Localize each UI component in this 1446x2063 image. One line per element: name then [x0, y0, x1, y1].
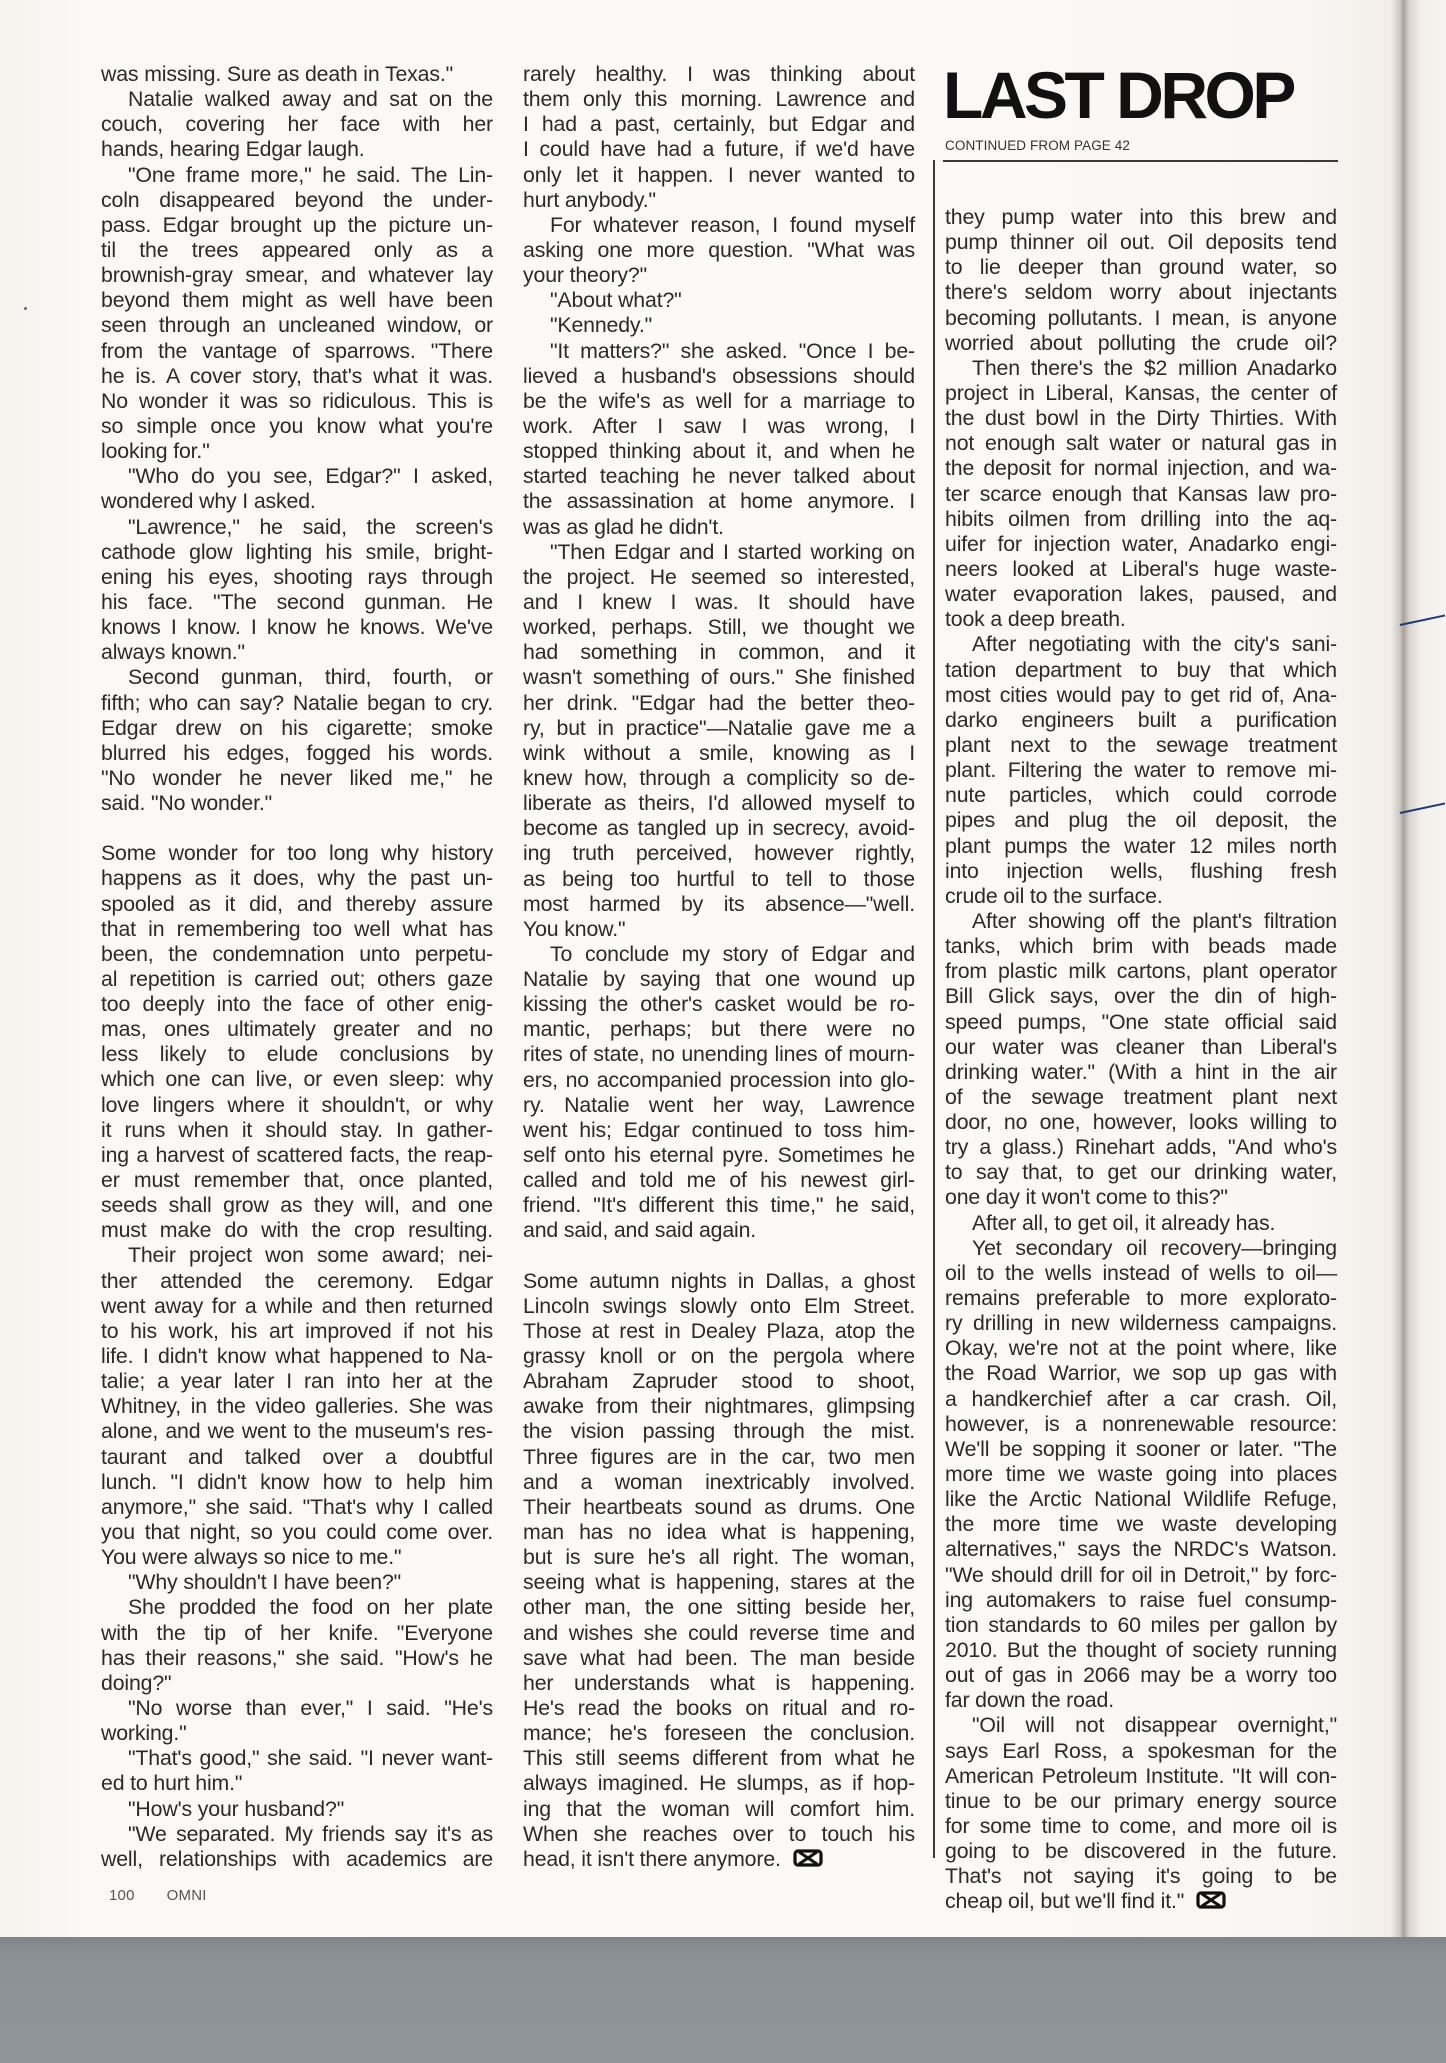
text-line: You know.": [523, 917, 915, 942]
text-line: American Petroleum Institute. "It will c…: [945, 1764, 1337, 1789]
text-line: less likely to elude conclusions by: [101, 1042, 493, 1067]
text-line: Then there's the $2 million Anadarko: [945, 356, 1337, 381]
text-line: called and told me of his newest girl-: [523, 1168, 915, 1193]
text-line: from plastic milk cartons, plant operato…: [945, 959, 1337, 984]
text-line: er must remember that, once planted,: [101, 1168, 493, 1193]
text-line: hibits oilmen from drilling into the aq-: [945, 507, 1337, 532]
text-line: She prodded the food on her plate: [101, 1595, 493, 1620]
text-line: I could have had a future, if we'd have: [523, 137, 915, 162]
text-line: He's read the books on ritual and ro-: [523, 1696, 915, 1721]
text-line: more time we waste going into places: [945, 1462, 1337, 1487]
text-line: til the trees appeared only as a: [101, 238, 493, 263]
text-line: ing automakers to raise fuel consump-: [945, 1588, 1337, 1613]
page-number: 100: [109, 1887, 135, 1904]
text-line: seen through an uncleaned window, or: [101, 313, 493, 338]
text-line: You were always so nice to me.": [101, 1545, 493, 1570]
page-folio: 100OMNI: [109, 1887, 239, 1904]
text-line: "It matters?" she asked. "Once I be-: [523, 339, 915, 364]
text-line: to say that, to get our drinking water,: [945, 1160, 1337, 1185]
text-line: Their heartbeats sound as drums. One: [523, 1495, 915, 1520]
text-line: too deeply into the face of other enig-: [101, 992, 493, 1017]
text-line: pass. Edgar brought up the picture un-: [101, 213, 493, 238]
text-line: wondered why I asked.: [101, 489, 493, 514]
text-line: alternatives," says the NRDC's Watson.: [945, 1537, 1337, 1562]
text-line: cathode glow lighting his smile, bright-: [101, 540, 493, 565]
text-line: started teaching he never talked about: [523, 464, 915, 489]
text-line: and I knew I was. It should have: [523, 590, 915, 615]
text-line: wasn't something of ours." She finished: [523, 665, 915, 690]
text-line: says Earl Ross, a spokesman for the: [945, 1739, 1337, 1764]
text-line: brownish-gray smear, and whatever lay: [101, 263, 493, 288]
text-line: always known.": [101, 640, 493, 665]
magazine-page: was missing. Sure as death in Texas."Nat…: [0, 0, 1446, 1937]
text-line: the deposit for normal injection, and wa…: [945, 456, 1337, 481]
text-line: Whitney, in the video galleries. She was: [101, 1394, 493, 1419]
text-line: Those at rest in Dealey Plaza, atop the: [523, 1319, 915, 1344]
text-line: try a glass.) Rinehart adds, "And who's: [945, 1135, 1337, 1160]
text-line: tation department to buy that which: [945, 658, 1337, 683]
text-line: ther attended the ceremony. Edgar: [101, 1269, 493, 1294]
text-line: ter scarce enough that Kansas law pro-: [945, 482, 1337, 507]
text-line: become as tangled up in secrecy, avoid-: [523, 816, 915, 841]
text-line: tanks, which brim with beads made: [945, 934, 1337, 959]
article-column-1: was missing. Sure as death in Texas."Nat…: [101, 62, 493, 1872]
text-line: seeds shall grow as they will, and one: [101, 1193, 493, 1218]
text-line: darko engineers built a purification: [945, 708, 1337, 733]
text-line: Yet secondary oil recovery—bringing: [945, 1236, 1337, 1261]
text-line: out of gas in 2066 may be a worry too: [945, 1663, 1337, 1688]
text-line: and a woman inextricably involved.: [523, 1470, 915, 1495]
text-line: Three figures are in the car, two men: [523, 1445, 915, 1470]
continued-from-note: CONTINUED FROM PAGE 42: [945, 138, 1130, 153]
text-line: mantic, perhaps; but there were no: [523, 1017, 915, 1042]
text-line: which one can live, or even sleep: why: [101, 1067, 493, 1092]
text-line: so simple once you know what you're: [101, 414, 493, 439]
text-line: door, no one, however, looks willing to: [945, 1110, 1337, 1135]
text-line: project in Liberal, Kansas, the center o…: [945, 381, 1337, 406]
text-line: was missing. Sure as death in Texas.": [101, 62, 493, 87]
omni-end-mark-icon: [793, 1849, 823, 1867]
text-line: oil to the wells instead of wells to oil…: [945, 1261, 1337, 1286]
text-line: "One frame more," he said. The Lin-: [101, 163, 493, 188]
text-line: "We should drill for oil in Detroit," by…: [945, 1563, 1337, 1588]
text-line: had something in common, and it: [523, 640, 915, 665]
text-line: "Then Edgar and I started working on: [523, 540, 915, 565]
text-line: alone, and we went to the museum's res-: [101, 1419, 493, 1444]
text-line: the Road Warrior, we sop up gas with: [945, 1361, 1337, 1386]
text-line: mance; he's foreseen the conclusion.: [523, 1721, 915, 1746]
text-line: That's not saying it's going to be: [945, 1864, 1337, 1889]
text-line: water evaporation lakes, paused, and: [945, 582, 1337, 607]
text-line: crude oil to the surface.: [945, 884, 1337, 909]
text-line: the dust bowl in the Dirty Thirties. Wit…: [945, 406, 1337, 431]
text-line: a handkerchief after a car crash. Oil,: [945, 1387, 1337, 1412]
text-line: life. I didn't know what happened to Na-: [101, 1344, 493, 1369]
text-line: ing a harvest of scattered facts, the re…: [101, 1143, 493, 1168]
text-line: kissing the other's casket would be ro-: [523, 992, 915, 1017]
text-line: lieved a husband's obsessions should: [523, 364, 915, 389]
text-line: stopped thinking about it, and when he: [523, 439, 915, 464]
text-line: her drink. "Edgar had the better theo-: [523, 691, 915, 716]
text-line: you that night, so you could come over.: [101, 1520, 493, 1545]
text-line: looking for.": [101, 439, 493, 464]
text-line: head, it isn't there anymore.: [523, 1847, 915, 1872]
text-line: from the vantage of sparrows. "There: [101, 339, 493, 364]
scanner-background: [0, 1937, 1446, 2063]
text-line: wink without a smile, knowing as I: [523, 741, 915, 766]
text-line: has their reasons," she said. "How's he: [101, 1646, 493, 1671]
text-line: al repetition is carried out; others gaz…: [101, 967, 493, 992]
text-line: working.": [101, 1721, 493, 1746]
section-break: [101, 816, 493, 841]
scan-speck: [24, 307, 27, 310]
text-line: worried about polluting the crude oil?: [945, 331, 1337, 356]
text-line: awake from their nightmares, glimpsing: [523, 1394, 915, 1419]
text-line: doing?": [101, 1671, 493, 1696]
text-line: most cities would pay to get rid of, Ana…: [945, 683, 1337, 708]
text-line: with the tip of her knife. "Everyone: [101, 1621, 493, 1646]
text-line: well, relationships with academics are: [101, 1847, 493, 1872]
text-line: tion standards to 60 miles per gallon by: [945, 1613, 1337, 1638]
text-line: Their project won some award; nei-: [101, 1243, 493, 1268]
text-line: save what had been. The man beside: [523, 1646, 915, 1671]
text-line: pump thinner oil out. Oil deposits tend: [945, 230, 1337, 255]
text-line: not enough salt water or natural gas in: [945, 431, 1337, 456]
text-line: ry, but in practice"—Natalie gave me a: [523, 716, 915, 741]
text-line: We'll be sopping it sooner or later. "Th…: [945, 1437, 1337, 1462]
page-gutter-fold: [1390, 0, 1446, 1937]
text-line: couch, covering her face with her: [101, 112, 493, 137]
text-line: Natalie by saying that one wound up: [523, 967, 915, 992]
text-line: Natalie walked away and sat on the: [101, 87, 493, 112]
text-line: rites of state, no unending lines of mou…: [523, 1042, 915, 1067]
text-line: to his work, his art improved if not his: [101, 1319, 493, 1344]
text-line: that in remembering too well what has: [101, 917, 493, 942]
text-line: After negotiating with the city's sani-: [945, 632, 1337, 657]
text-line: Some autumn nights in Dallas, a ghost: [523, 1269, 915, 1294]
text-line: 2010. But the thought of society running: [945, 1638, 1337, 1663]
text-line: "How's your husband?": [101, 1797, 493, 1822]
text-line: nute particles, which could corrode: [945, 783, 1337, 808]
text-line: blurred his edges, fogged his words.: [101, 741, 493, 766]
text-line: to lie deeper than ground water, so: [945, 255, 1337, 280]
text-line: When she reaches over to touch his: [523, 1822, 915, 1847]
text-line: there's seldom worry about injectants: [945, 280, 1337, 305]
text-line: your theory?": [523, 263, 915, 288]
text-line: "That's good," she said. "I never want-: [101, 1746, 493, 1771]
text-line: self onto his eternal pyre. Sometimes he: [523, 1143, 915, 1168]
text-line: man has no idea what is happening,: [523, 1520, 915, 1545]
text-line: rarely healthy. I was thinking about: [523, 62, 915, 87]
text-line: fifth; who can say? Natalie began to cry…: [101, 691, 493, 716]
text-line: Abraham Zapruder stood to shoot,: [523, 1369, 915, 1394]
text-line: love lingers where it shouldn't, or why: [101, 1093, 493, 1118]
text-line: To conclude my story of Edgar and: [523, 942, 915, 967]
text-line: into injection wells, flushing fresh: [945, 859, 1337, 884]
section-headline: LAST DROP: [943, 62, 1338, 128]
text-line: was as glad he didn't.: [523, 515, 915, 540]
text-line: took a deep breath.: [945, 607, 1337, 632]
text-line: "No worse than ever," I said. "He's: [101, 1696, 493, 1721]
text-line: "Lawrence," he said, the screen's: [101, 515, 493, 540]
text-line: plant pumps the water 12 miles north: [945, 834, 1337, 859]
text-line: uifer for injection water, Anadarko engi…: [945, 532, 1337, 557]
text-line: Second gunman, third, fourth, or: [101, 665, 493, 690]
article-column-3: they pump water into this brew andpump t…: [945, 205, 1337, 1915]
text-line: and said, and said again.: [523, 1218, 915, 1243]
section-break: [523, 1244, 915, 1269]
text-line: ers, no accompanied procession into glo-: [523, 1068, 915, 1093]
text-line: only let it happen. I never wanted to: [523, 163, 915, 188]
text-line: the more time we waste developing: [945, 1512, 1337, 1537]
text-line: beyond them might as well have been: [101, 288, 493, 313]
text-line: mas, ones ultimately greater and no: [101, 1017, 493, 1042]
text-line: tinue to be our primary energy source: [945, 1789, 1337, 1814]
text-line: friend. "It's different this time," he s…: [523, 1193, 915, 1218]
omni-end-mark-icon: [1196, 1891, 1226, 1909]
text-line: "We separated. My friends say it's as: [101, 1822, 493, 1847]
text-line: Okay, we're not at the point where, like: [945, 1336, 1337, 1361]
text-line: lunch. "I didn't know how to help him: [101, 1470, 493, 1495]
text-line: went his; Edgar continued to toss him-: [523, 1118, 915, 1143]
magazine-name: OMNI: [167, 1887, 207, 1904]
text-line: talie; a year later I ran into her at th…: [101, 1369, 493, 1394]
text-line: said. "No wonder.": [101, 791, 493, 816]
text-line: coln disappeared beyond the under-: [101, 188, 493, 213]
text-line: spooled as it did, and thereby assure: [101, 892, 493, 917]
text-line: ing that the woman will comfort him.: [523, 1797, 915, 1822]
text-line: taurant and talked over a doubtful: [101, 1445, 493, 1470]
text-line: ry drilling in new wilderness campaigns.: [945, 1311, 1337, 1336]
text-line: ing truth perceived, however rightly,: [523, 841, 915, 866]
text-line: other man, the one sitting beside her,: [523, 1595, 915, 1620]
text-line: becoming pollutants. I mean, is anyone: [945, 306, 1337, 331]
text-line: must make do with the crop resulting.: [101, 1218, 493, 1243]
text-line: going to be discovered in the future.: [945, 1839, 1337, 1864]
text-line: be the wife's as well for a marriage to: [523, 389, 915, 414]
text-line: most harmed by its absence—"well.: [523, 892, 915, 917]
text-line: hands, hearing Edgar laugh.: [101, 137, 493, 162]
text-line: however, is a nonrenewable resource:: [945, 1412, 1337, 1437]
text-line: and wishes she could reverse time and: [523, 1621, 915, 1646]
text-line: After all, to get oil, it already has.: [945, 1211, 1337, 1236]
text-line: neers looked at Liberal's huge waste-: [945, 557, 1337, 582]
text-line: Bill Glick says, over the din of high-: [945, 984, 1337, 1009]
text-line: worked, perhaps. Still, we thought we: [523, 615, 915, 640]
text-line: went away for a while and then returned: [101, 1294, 493, 1319]
text-line: For whatever reason, I found myself: [523, 213, 915, 238]
text-line: them only this morning. Lawrence and: [523, 87, 915, 112]
text-line: plant next to the sewage treatment: [945, 733, 1337, 758]
text-line: far down the road.: [945, 1688, 1337, 1713]
text-line: his face. "The second gunman. He: [101, 590, 493, 615]
text-line: our water was cleaner than Liberal's: [945, 1035, 1337, 1060]
text-line: ry. Natalie went her way, Lawrence: [523, 1093, 915, 1118]
text-line: anymore," she said. "That's why I called: [101, 1495, 493, 1520]
text-line: seeing what is happening, stares at the: [523, 1570, 915, 1595]
text-line: asking one more question. "What was: [523, 238, 915, 263]
text-line: work. After I saw I was wrong, I: [523, 414, 915, 439]
text-line: "Who do you see, Edgar?" I asked,: [101, 464, 493, 489]
text-line: No wonder it was so ridiculous. This is: [101, 389, 493, 414]
text-line: I had a past, certainly, but Edgar and: [523, 112, 915, 137]
text-line: the assassination at home anymore. I: [523, 489, 915, 514]
text-line: liberate as theirs, I'd allowed myself t…: [523, 791, 915, 816]
text-line: This still seems different from what he: [523, 1746, 915, 1771]
text-line: he is. A cover story, that's what it was…: [101, 364, 493, 389]
text-line: "About what?": [523, 288, 915, 313]
text-line: After showing off the plant's filtration: [945, 909, 1337, 934]
text-line: pipes and plug the oil deposit, the: [945, 808, 1337, 833]
text-line: cheap oil, but we'll find it.": [945, 1889, 1337, 1914]
text-line: one day it won't come to this?": [945, 1185, 1337, 1210]
text-line: the vision passing through the mist.: [523, 1419, 915, 1444]
text-line: as being too hurtful to tell to those: [523, 867, 915, 892]
text-line: Lincoln swings slowly onto Elm Street.: [523, 1294, 915, 1319]
text-line: remains preferable to more explorato-: [945, 1286, 1337, 1311]
text-line: "Why shouldn't I have been?": [101, 1570, 493, 1595]
text-line: they pump water into this brew and: [945, 205, 1337, 230]
text-line: ening his eyes, shooting rays through: [101, 565, 493, 590]
text-line: like the Arctic National Wildlife Refuge…: [945, 1487, 1337, 1512]
text-line: "No wonder he never liked me," he: [101, 766, 493, 791]
text-line: Edgar drew on his cigarette; smoke: [101, 716, 493, 741]
text-line: ed to hurt him.": [101, 1771, 493, 1796]
article-column-2: rarely healthy. I was thinking aboutthem…: [523, 62, 915, 1872]
text-line: knows I know. I know he knows. We've: [101, 615, 493, 640]
column-divider-rule: [933, 160, 935, 1858]
text-line: speed pumps, "One state official said: [945, 1010, 1337, 1035]
text-line: plant. Filtering the water to remove mi-: [945, 758, 1337, 783]
text-line: hurt anybody.": [523, 188, 915, 213]
text-line: but is sure he's all right. The woman,: [523, 1545, 915, 1570]
text-line: for some time to come, and more oil is: [945, 1814, 1337, 1839]
text-line: Some wonder for too long why history: [101, 841, 493, 866]
text-line: happens as it does, why the past un-: [101, 866, 493, 891]
text-line: grassy knoll or on the pergola where: [523, 1344, 915, 1369]
text-line: "Kennedy.": [523, 313, 915, 338]
headline-rule: [943, 160, 1338, 162]
text-line: the project. He seemed so interested,: [523, 565, 915, 590]
text-line: always imagined. He slumps, as if hop-: [523, 1771, 915, 1796]
text-line: been, the condemnation unto perpetu-: [101, 942, 493, 967]
text-line: knew how, through a complicity so de-: [523, 766, 915, 791]
text-line: it runs when it should stay. In gather-: [101, 1118, 493, 1143]
text-line: drinking water." (With a hint in the air: [945, 1060, 1337, 1085]
text-line: "Oil will not disappear overnight,": [945, 1713, 1337, 1738]
text-line: of the sewage treatment plant next: [945, 1085, 1337, 1110]
text-line: her understands what is happening.: [523, 1671, 915, 1696]
